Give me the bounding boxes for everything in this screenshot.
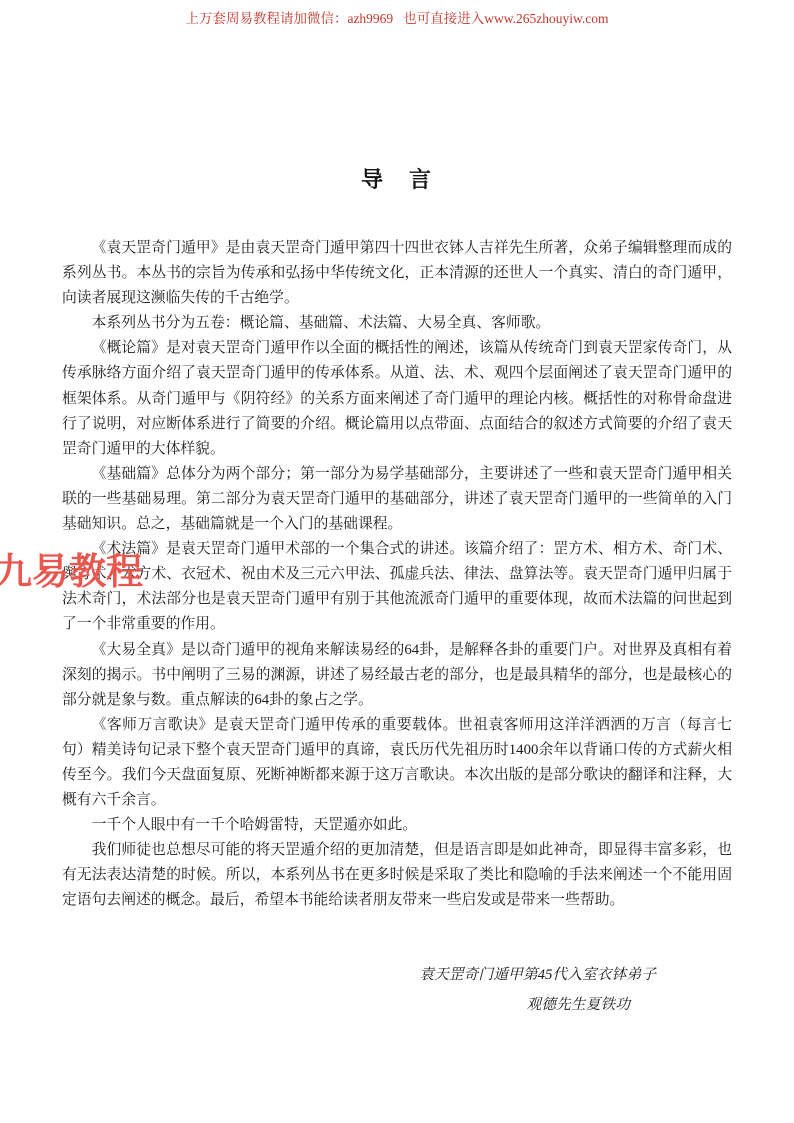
signature-line-2: 观德先生夏铁功 bbox=[62, 990, 732, 1020]
paragraph: 《大易全真》是以奇门遁甲的视角来解读易经的64卦，是解释各卦的重要门户。对世界及… bbox=[62, 638, 732, 713]
paragraph: 《袁天罡奇门遁甲》是由袁天罡奇门遁甲第四十四世衣钵人吉祥先生所著，众弟子编辑整理… bbox=[62, 236, 732, 311]
document-page: 上万套周易教程请加微信：azh9969 也可直接进入www.265zhouyiw… bbox=[0, 0, 794, 1123]
paragraph: 一千个人眼中有一千个哈姆雷特，天罡遁亦如此。 bbox=[62, 813, 732, 838]
paragraph: 《基础篇》总体分为两个部分；第一部分为易学基础部分，主要讲述了一些和袁天罡奇门遁… bbox=[62, 462, 732, 537]
paragraph: 本系列丛书分为五卷：概论篇、基础篇、术法篇、大易全真、客师歌。 bbox=[62, 311, 732, 336]
document-body: 《袁天罡奇门遁甲》是由袁天罡奇门遁甲第四十四世衣钵人吉祥先生所著，众弟子编辑整理… bbox=[62, 236, 732, 1020]
paragraph: 《客师万言歌诀》是袁天罡奇门遁甲传承的重要载体。世祖袁客师用这洋洋洒洒的万言（每… bbox=[62, 713, 732, 813]
paragraph-list: 《袁天罡奇门遁甲》是由袁天罡奇门遁甲第四十四世衣钵人吉祥先生所著，众弟子编辑整理… bbox=[62, 236, 732, 914]
signature-line-1: 袁天罡奇门遁甲第45代入室衣钵弟子 bbox=[62, 960, 732, 990]
paragraph: 《概论篇》是对袁天罡奇门遁甲作以全面的概括性的阐述，该篇从传统奇门到袁天罡家传奇… bbox=[62, 336, 732, 461]
page-title: 导 言 bbox=[0, 163, 794, 194]
paragraph: 《术法篇》是袁天罡奇门遁甲术部的一个集合式的讲述。该篇介绍了：罡方术、相方术、奇… bbox=[62, 537, 732, 637]
promo-header-text: 上万套周易教程请加微信：azh9969 也可直接进入www.265zhouyiw… bbox=[0, 7, 794, 27]
signature-block: 袁天罡奇门遁甲第45代入室衣钵弟子 观德先生夏铁功 bbox=[62, 960, 732, 1020]
paragraph: 我们师徒也总想尽可能的将天罡遁介绍的更加清楚，但是语言即是如此神奇，即显得丰富多… bbox=[62, 838, 732, 913]
